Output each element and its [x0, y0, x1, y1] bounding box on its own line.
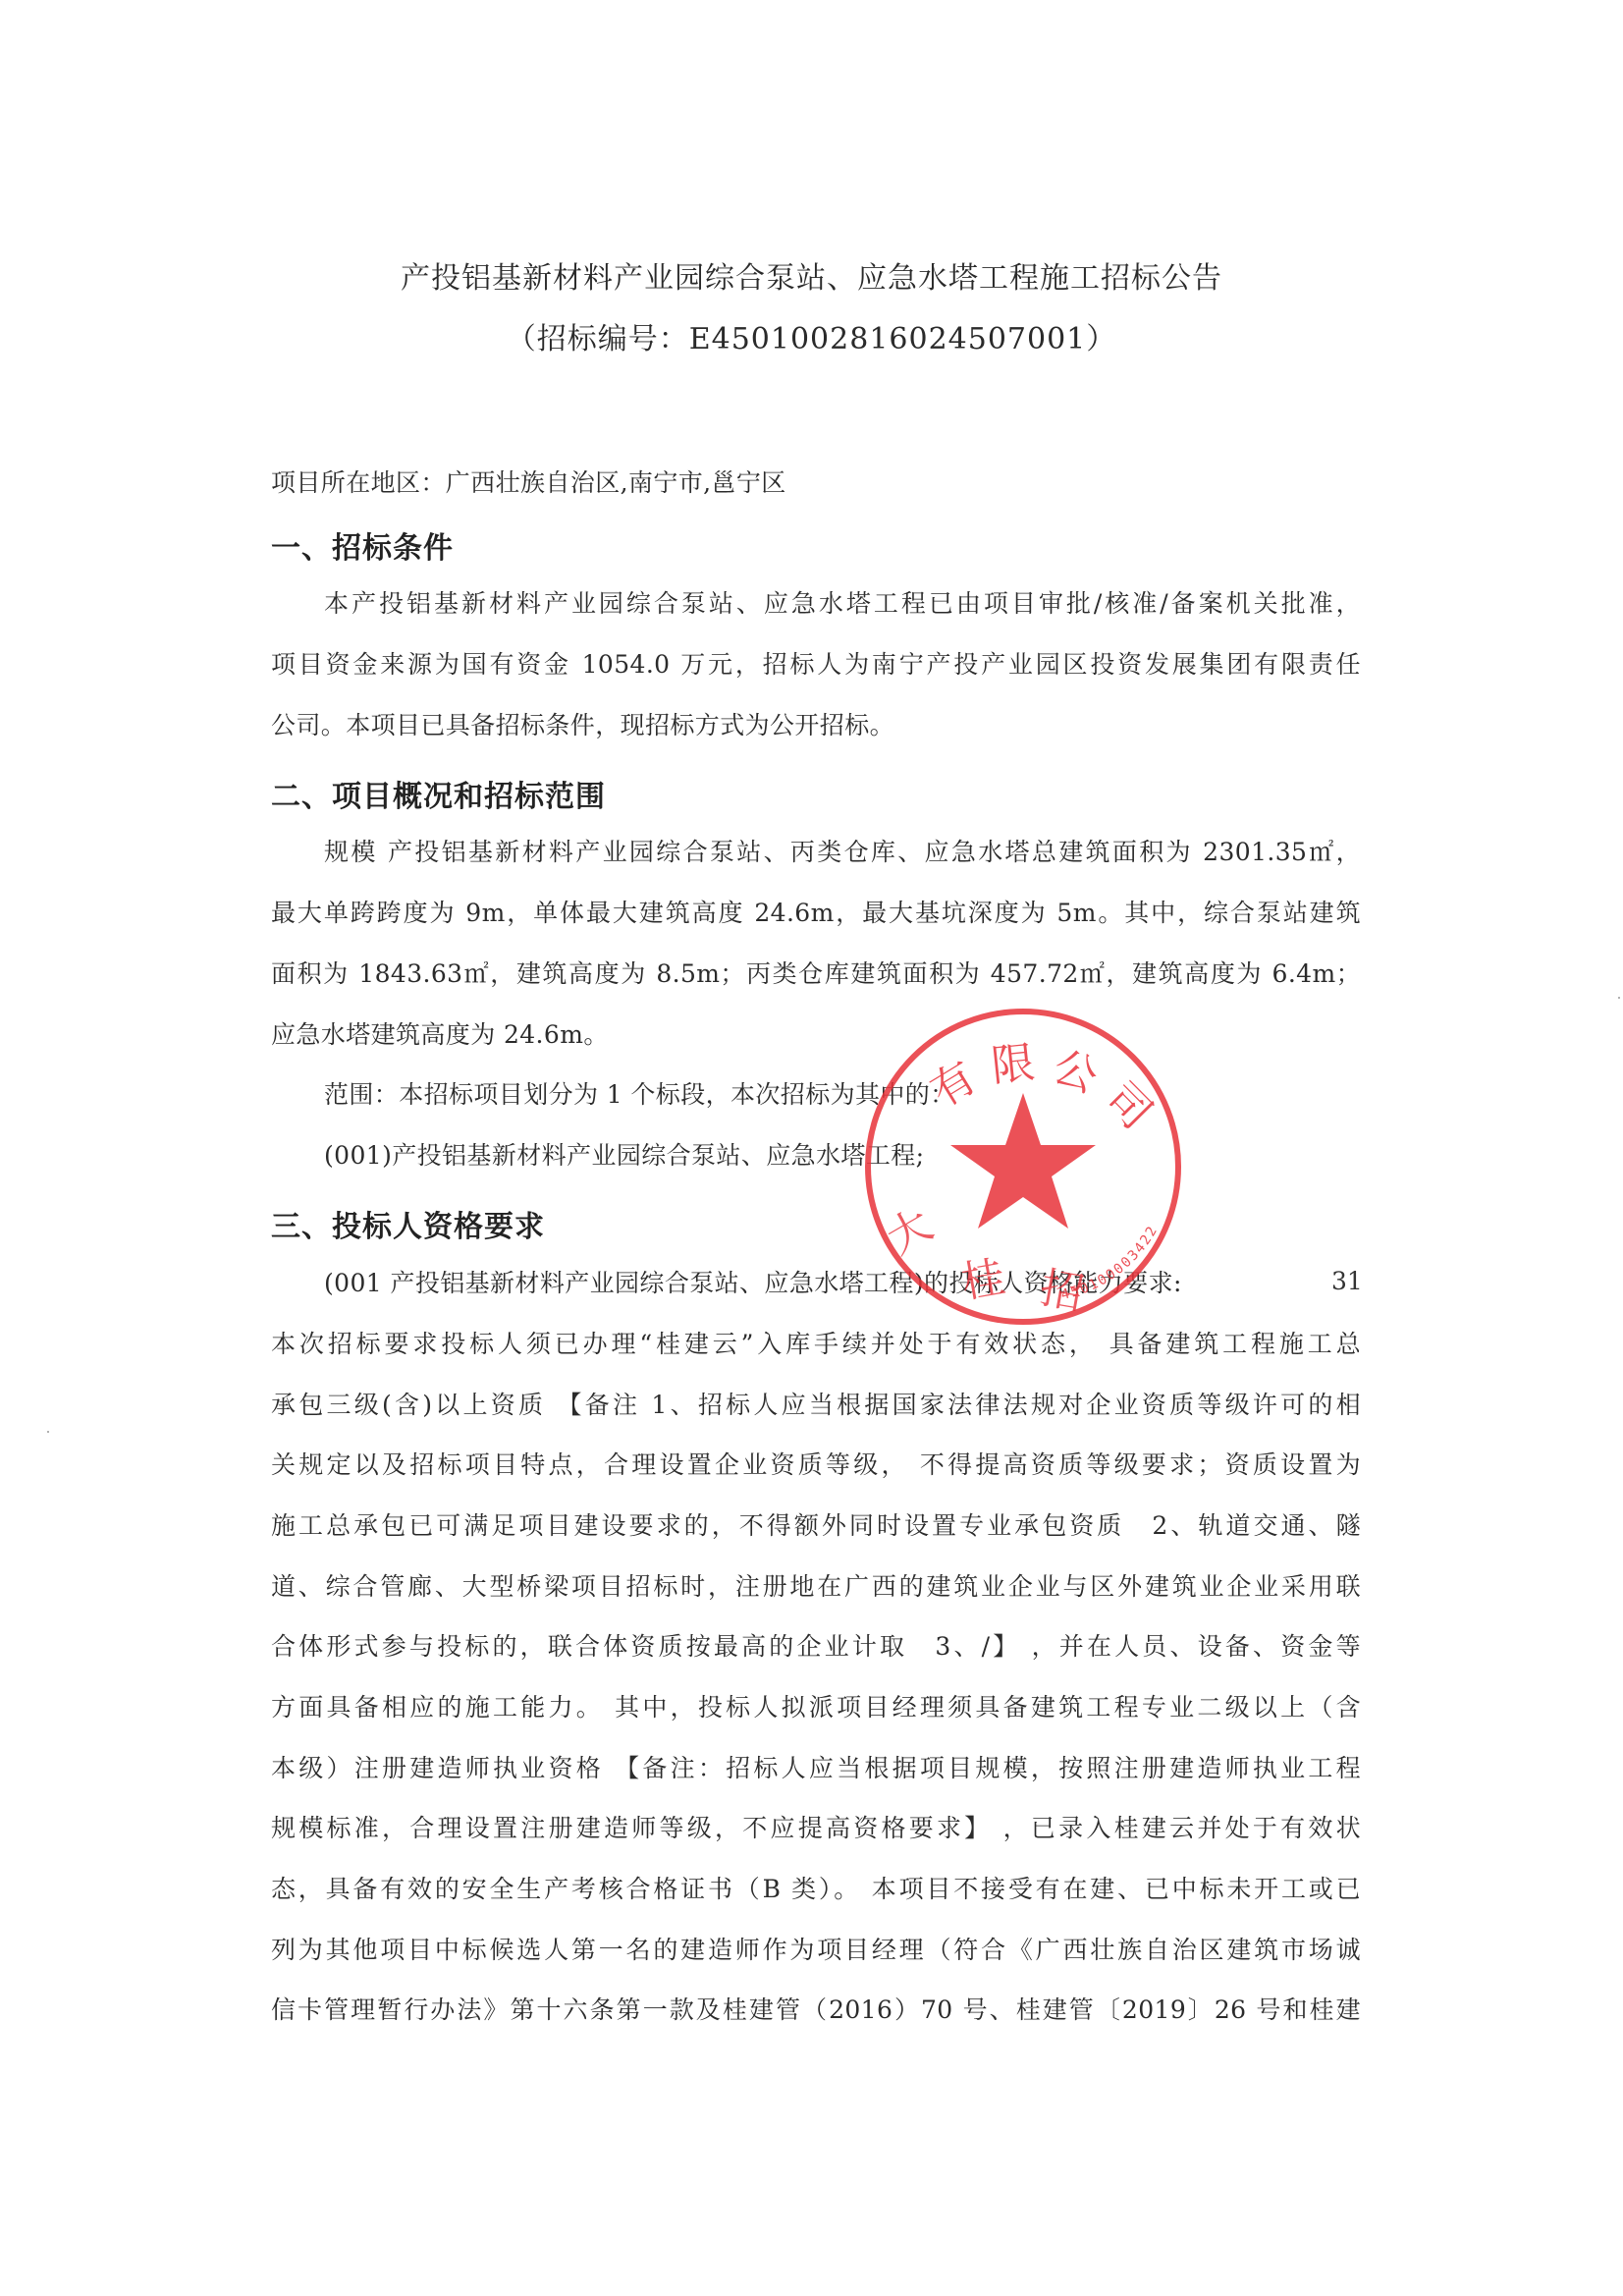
paragraph-line: 本次招标要求投标人须已办理“桂建云”入库手续并处于有效状态， 具备建筑工程施工总: [271, 1328, 1361, 1361]
document-page: 产投铝基新材料产业园综合泵站、应急水塔工程施工招标公告 （招标编号：E45010…: [0, 0, 1623, 2296]
paragraph-line: 承包三级(含)以上资质 【备注 1、招标人应当根据国家法律法规对企业资质等级许可…: [271, 1389, 1361, 1422]
paragraph-line: 最大单跨跨度为 9m，单体最大建筑高度 24.6m，最大基坑深度为 5m。其中，…: [271, 897, 1361, 930]
paragraph-line: 项目资金来源为国有资金 1054.0 万元，招标人为南宁产投产业园区投资发展集团…: [271, 648, 1361, 682]
paragraph-line: 列为其他项目中标候选人第一名的建造师作为项目经理（符合《广西壮族自治区建筑市场诚: [271, 1934, 1361, 1967]
paragraph-line: 方面具备相应的施工能力。 其中，投标人拟派项目经理须具备建筑工程专业二级以上（含: [271, 1691, 1361, 1724]
paragraph-line: 面积为 1843.63㎡，建筑高度为 8.5m；丙类仓库建筑面积为 457.72…: [271, 957, 1361, 991]
project-location: 项目所在地区：广西壮族自治区,南宁市,邕宁区: [271, 466, 1361, 500]
paragraph-line: 合体形式参与投标的，联合体资质按最高的企业计取 3、/】 ，并在人员、设备、资金…: [271, 1630, 1361, 1664]
section-heading-tender-conditions: 一、招标条件: [271, 523, 454, 567]
paragraph-line: (001 产投铝基新材料产业园综合泵站、应急水塔工程)的投标人资格能力要求:: [324, 1267, 1361, 1300]
paragraph-line: 公司。本项目已具备招标条件，现招标方式为公开招标。: [271, 709, 1361, 742]
paragraph-line: 本级）注册建造师执业资格 【备注：招标人应当根据项目规模，按照注册建造师执业工程: [271, 1752, 1361, 1785]
scope-line: 范围：本招标项目划分为 1 个标段，本次招标为其中的：: [324, 1078, 1361, 1112]
paragraph-line: 关规定以及招标项目特点，合理设置企业资质等级， 不得提高资质等级要求；资质设置为: [271, 1449, 1361, 1482]
paragraph-line: 施工总承包已可满足项目建设要求的，不得额外同时设置专业承包资质 2、轨道交通、隧: [271, 1509, 1361, 1543]
paragraph-line: 本产投铝基新材料产业园综合泵站、应急水塔工程已由项目审批/核准/备案机关批准，: [324, 587, 1361, 621]
paragraph-line: 规模标准，合理设置注册建造师等级，不应提高资格要求】 ，已录入桂建云并处于有效状: [271, 1812, 1361, 1845]
svg-text:大: 大: [879, 1199, 942, 1264]
section-heading-bidder-qualifications: 三、投标人资格要求: [271, 1202, 545, 1245]
scope-lot-line: (001)产投铝基新材料产业园综合泵站、应急水塔工程;: [324, 1139, 1361, 1173]
tender-number: （招标编号：E4501002816024507001）: [0, 314, 1623, 357]
document-title: 产投铝基新材料产业园综合泵站、应急水塔工程施工招标公告: [0, 253, 1623, 297]
paragraph-line: 道、综合管廊、大型桥梁项目招标时，注册地在广西的建筑业企业与区外建筑业企业采用联: [271, 1570, 1361, 1604]
scan-speck: [47, 1431, 49, 1433]
paragraph-line: 态，具备有效的安全生产考核合格证书（B 类）。 本项目不接受有在建、已中标未开工…: [271, 1873, 1361, 1906]
paragraph-line: 信卡管理暂行办法》第十六条第一款及桂建管（2016）70 号、桂建管〔2019〕…: [271, 1994, 1361, 2027]
scan-speck: [1618, 997, 1620, 999]
section-heading-project-overview: 二、项目概况和招标范围: [271, 772, 606, 815]
margin-number: 31: [1331, 1267, 1363, 1295]
paragraph-line: 应急水塔建筑高度为 24.6m。: [271, 1018, 1361, 1052]
paragraph-line: 规模 产投铝基新材料产业园综合泵站、丙类仓库、应急水塔总建筑面积为 2301.3…: [324, 836, 1361, 869]
